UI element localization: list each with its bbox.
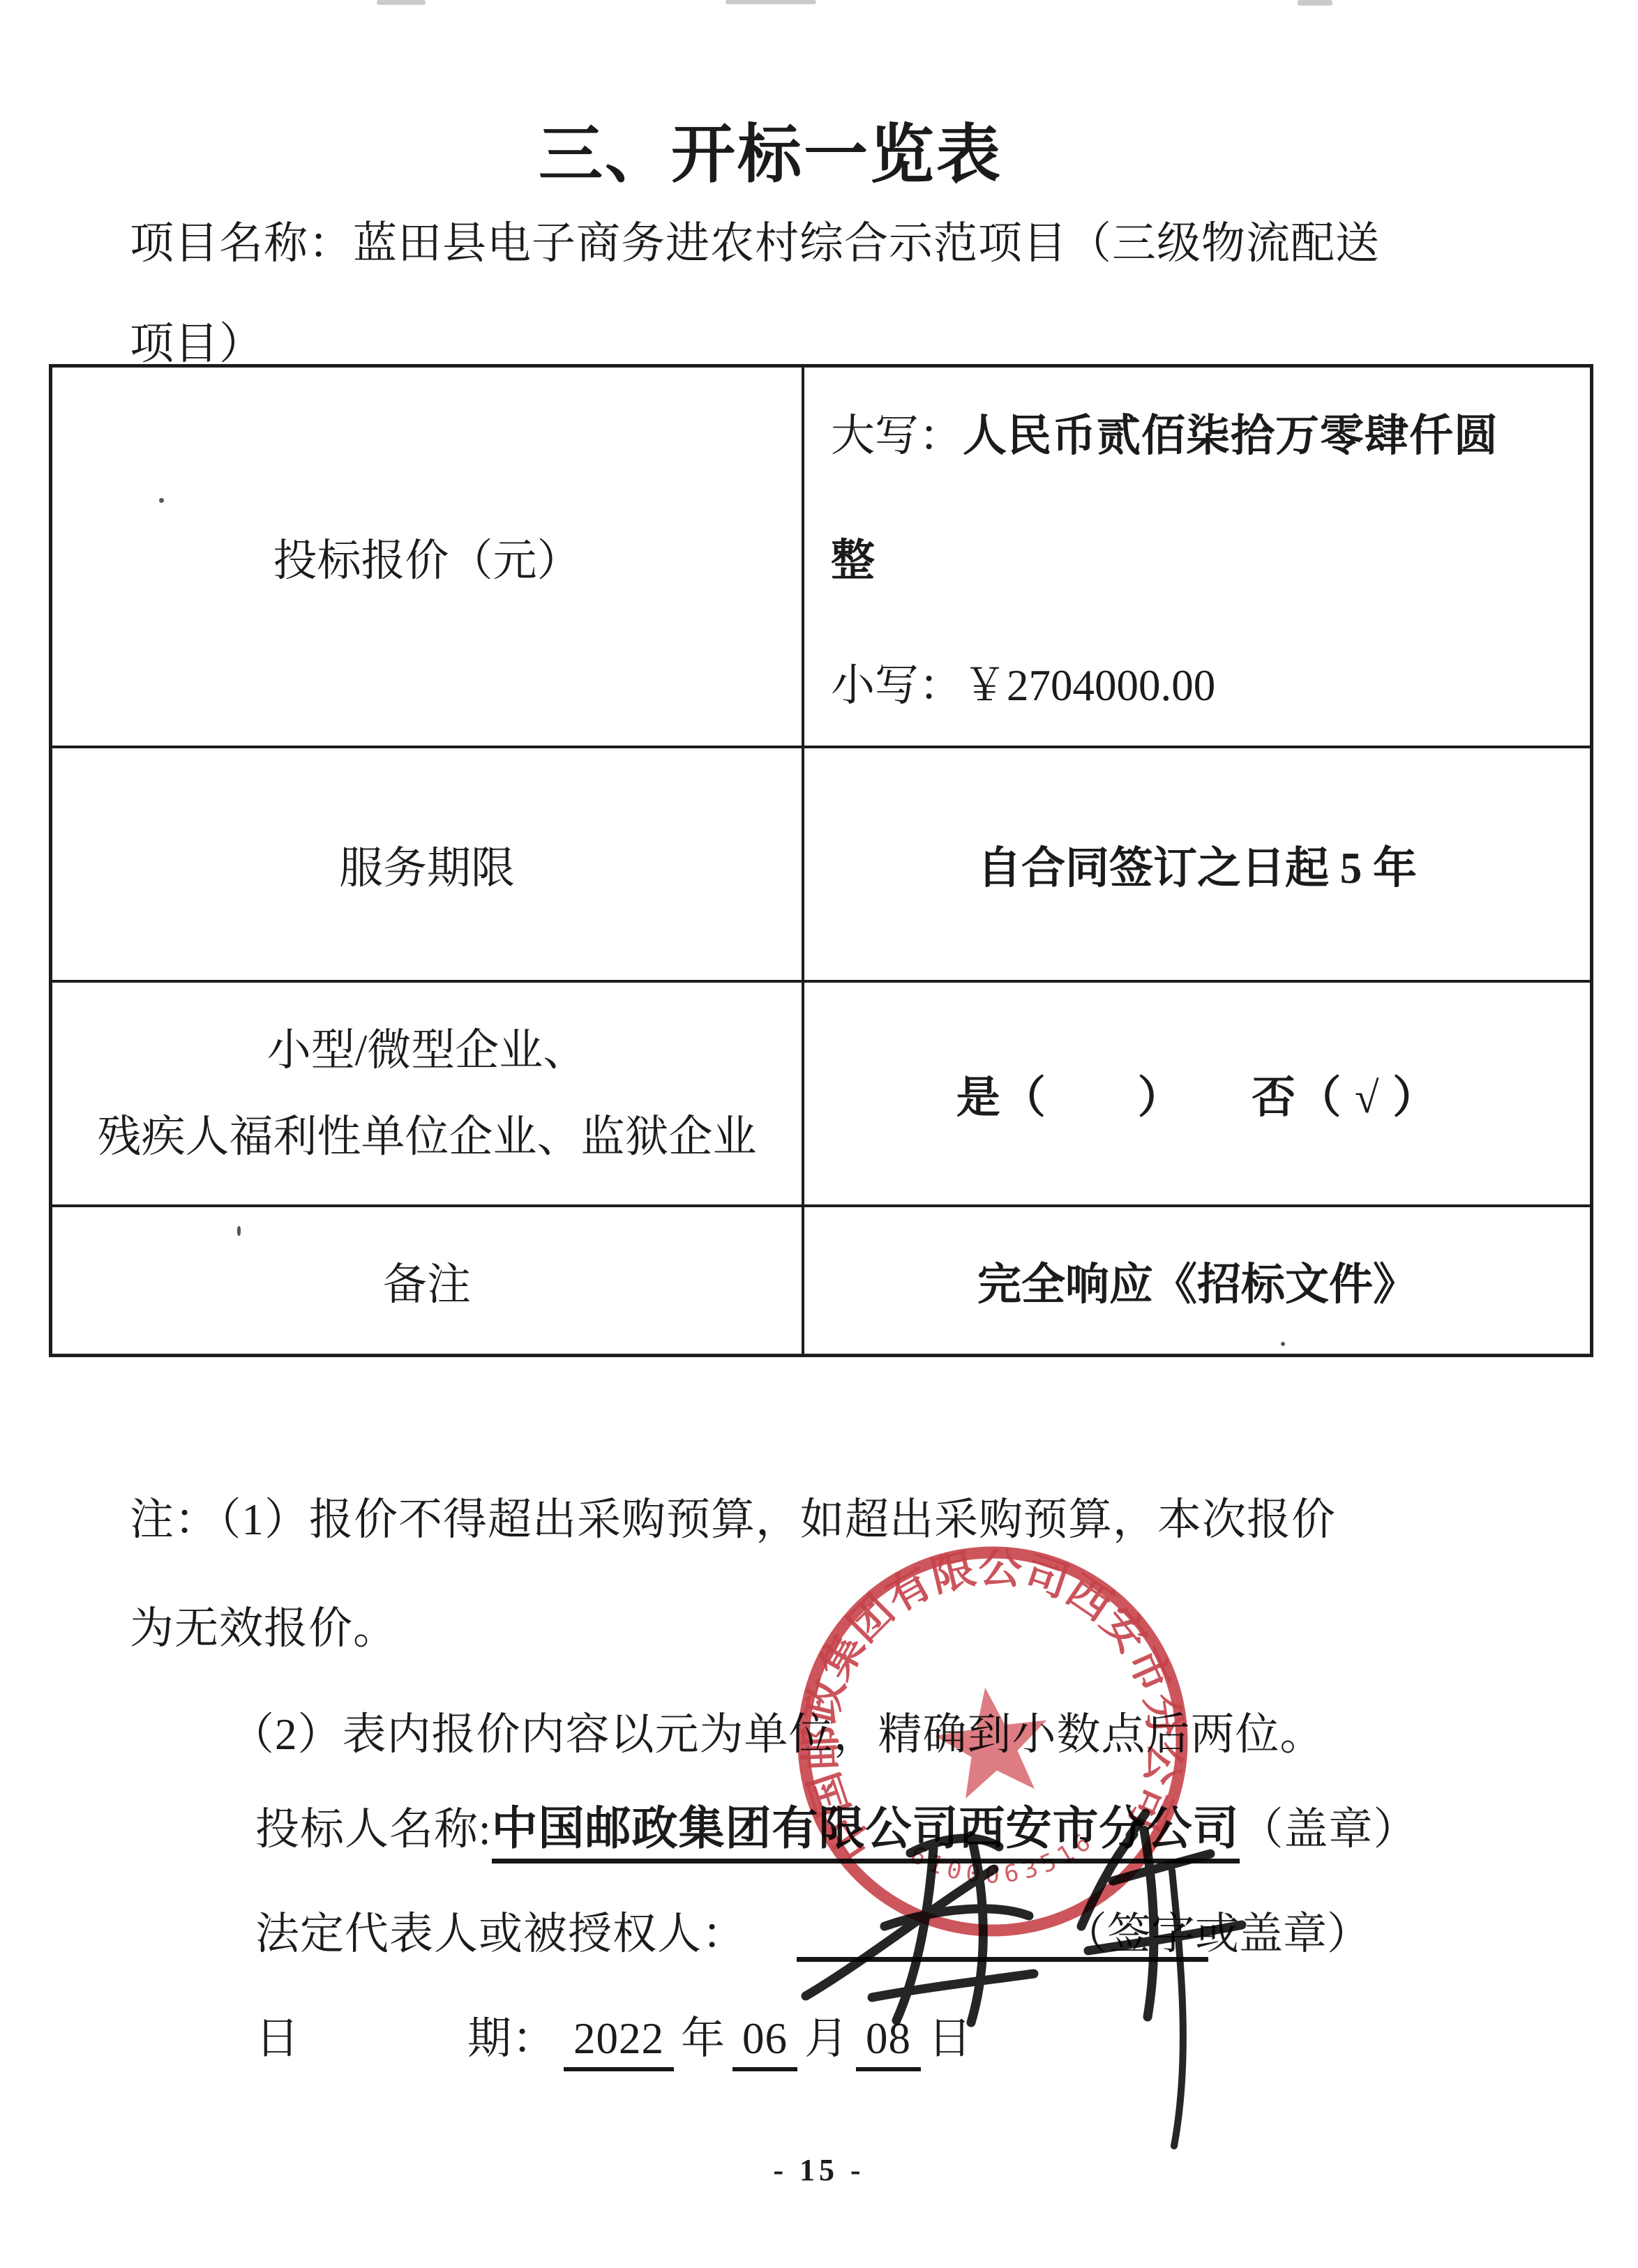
project-name-line2: 项目） [130, 308, 264, 372]
bid-opening-table: 投标报价（元） 大写：人民币贰佰柒拾万零肆仟圆 整 小写：￥2704000.00… [49, 364, 1593, 1357]
date-year-value: 2022 [564, 2013, 674, 2071]
scan-smudge [377, 0, 426, 5]
service-term-value: 自合同签订之日起 5 年 [977, 833, 1417, 896]
bid-price-uppercase-cont: 整 [831, 525, 876, 589]
bid-price-lowercase: 小写：￥2704000.00 [831, 650, 1215, 713]
enterprise-type-line1: 小型/微型企业、 [267, 1007, 587, 1094]
date-year-unit: 年 [681, 2014, 726, 2063]
bidder-name-label: 投标人名称: [255, 1805, 492, 1854]
scanned-bid-opening-form-page: 三、开标一览表 项目名称：蓝田县电子商务进农村综合示范项目（三级物流配送 项目）… [0, 0, 1638, 2268]
service-term-label-cell: 服务期限 [52, 748, 804, 983]
bid-price-label-cell: 投标报价（元） [52, 368, 804, 748]
uppercase-amount: 人民币贰佰柒拾万零肆仟圆 [963, 411, 1498, 460]
legal-rep-label: 法定代表人或被授权人： [255, 1910, 746, 1958]
uppercase-amount-cont: 整 [831, 536, 876, 585]
page-title: 三、开标一览表 [539, 103, 1002, 195]
service-term-value-cell: 自合同签订之日起 5 年 [804, 748, 1590, 983]
date-label-qi: 期： [467, 2014, 557, 2063]
enterprise-type-line2: 残疾人福利性单位企业、监狱企业 [98, 1094, 757, 1180]
handwritten-signature [753, 1787, 1284, 2163]
bid-price-uppercase: 大写：人民币贰佰柒拾万零肆仟圆 [831, 400, 1498, 464]
lowercase-label: 小写： [831, 661, 963, 710]
remarks-label-cell: 备注 [52, 1207, 804, 1354]
seal-star-icon [929, 1680, 1055, 1802]
scan-smudge [1298, 0, 1332, 6]
remarks-value: 完全响应《招标文件》 [977, 1249, 1417, 1313]
scan-smudge [726, 0, 816, 4]
date-label-ri: 日 [255, 2014, 300, 2063]
note-line2: 为无效报价。 [130, 1593, 398, 1656]
bid-price-label: 投标报价（元） [273, 525, 581, 589]
legal-rep-line: 法定代表人或被授权人： [255, 1898, 746, 1962]
enterprise-type-label-cell: 小型/微型企业、 残疾人福利性单位企业、监狱企业 [52, 983, 804, 1207]
uppercase-label: 大写： [831, 411, 963, 460]
enterprise-type-value-cell: 是（ ） 否（ √ ） [804, 983, 1590, 1207]
service-term-label: 服务期限 [339, 833, 515, 896]
project-name-line1: 项目名称：蓝田县电子商务进农村综合示范项目（三级物流配送 [130, 208, 1380, 271]
yes-no-checkbox-text: 是（ ） 否（ √ ） [956, 1062, 1438, 1126]
lowercase-amount: ￥2704000.00 [963, 661, 1215, 710]
bid-price-value-cell: 大写：人民币贰佰柒拾万零肆仟圆 整 小写：￥2704000.00 [804, 368, 1590, 748]
remarks-value-cell: 完全响应《招标文件》 [804, 1207, 1590, 1354]
remarks-label: 备注 [383, 1249, 471, 1313]
